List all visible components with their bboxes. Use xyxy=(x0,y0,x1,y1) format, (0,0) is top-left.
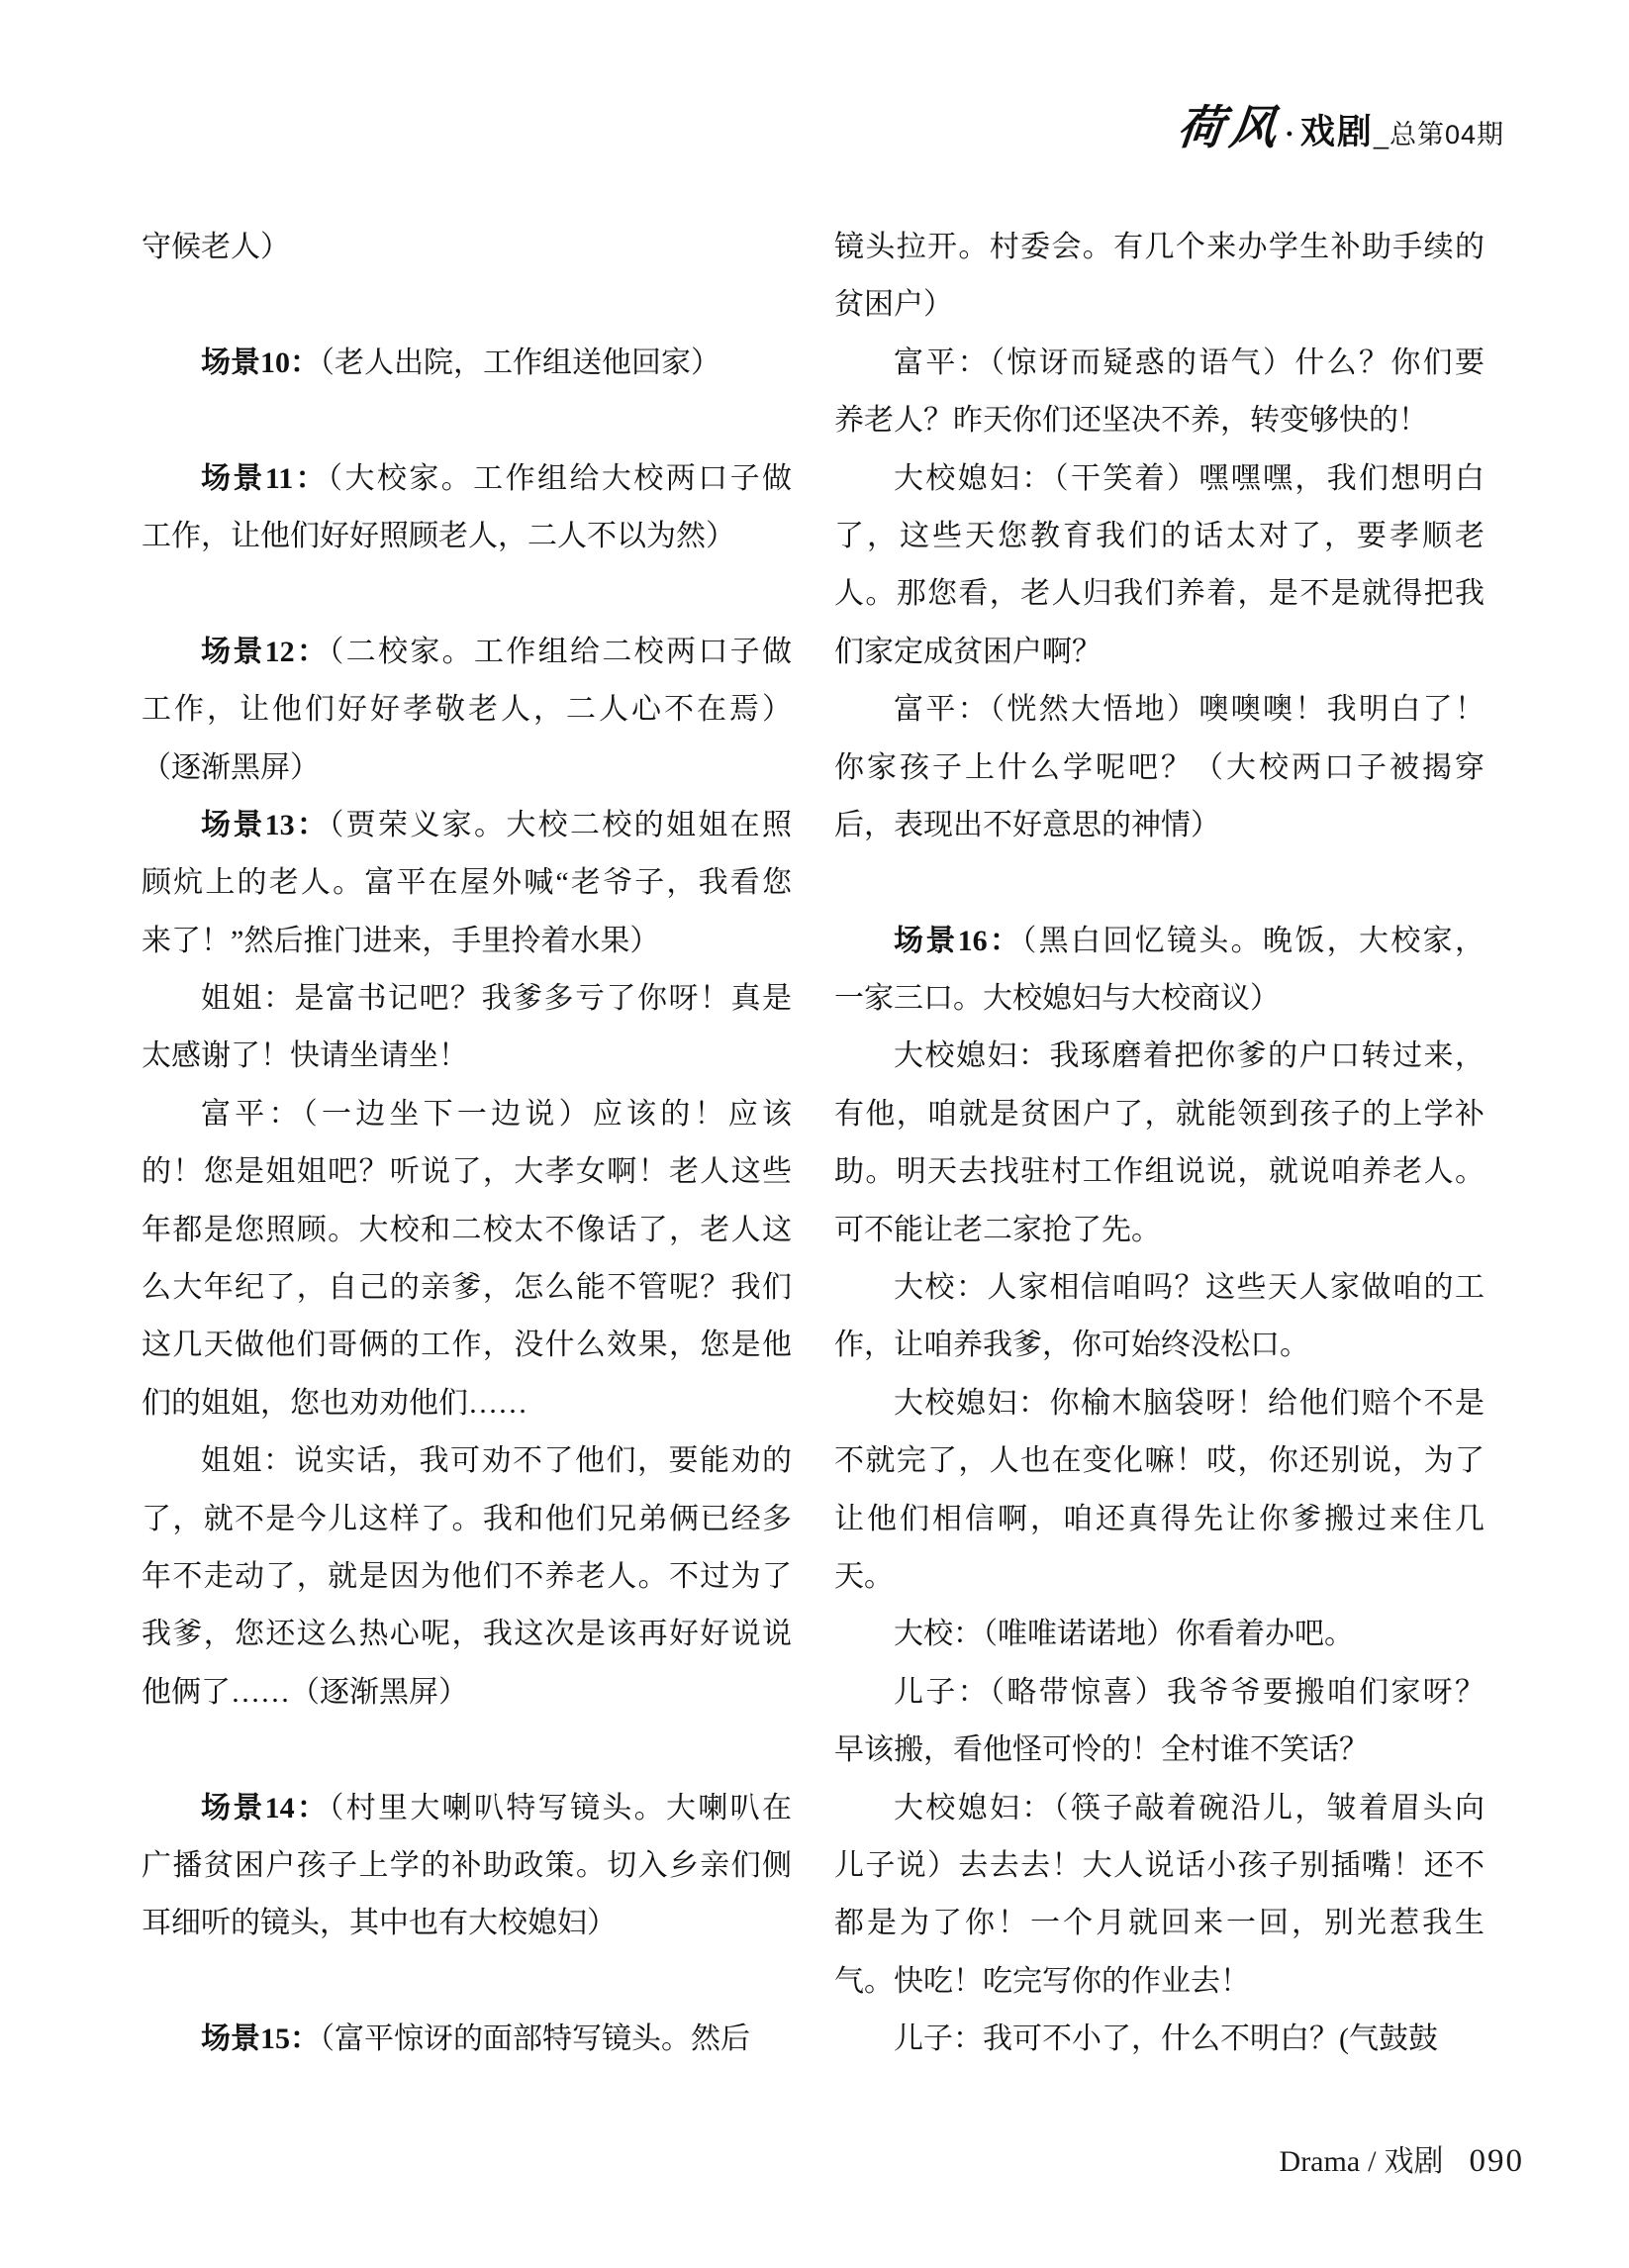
scene-heading-line: 场景11：（大校家。工作组给大校两口子做 xyxy=(142,450,792,508)
scene-label: 场景12： xyxy=(201,636,329,668)
scene-heading-line: 场景10：（老人出院，工作组送他回家） xyxy=(142,335,792,392)
script-line: 年不走动了，就是因为他们不养老人。不过为了 xyxy=(142,1548,792,1606)
script-line: 大校：人家相信咱吗？这些天人家做咱的工 xyxy=(834,1259,1485,1317)
script-line: 大校媳妇：（干笑着）嘿嘿嘿，我们想明白 xyxy=(834,450,1485,508)
blank-line xyxy=(142,565,792,623)
scene-label: 场景11： xyxy=(201,462,328,495)
line-text: 大校媳妇：你榆木脑袋呀！给他们赔个不是 xyxy=(894,1387,1485,1420)
line-text: 养老人？昨天你们还坚决不养，转变够快的！ xyxy=(834,404,1428,437)
script-line: 富平：（一边坐下一边说）应该的！应该 xyxy=(142,1086,792,1143)
script-line: 养老人？昨天你们还坚决不养，转变够快的！ xyxy=(834,392,1485,449)
script-line: 有他，咱就是贫困户了，就能领到孩子的上学补 xyxy=(834,1086,1485,1143)
script-line: 早该搬，看他怪可怜的！全村谁不笑话？ xyxy=(834,1722,1485,1779)
scene-heading-line: 场景14：（村里大喇叭特写镜头。大喇叭在 xyxy=(142,1780,792,1837)
line-text: （贾荣义家。大校二校的姐姐在照 xyxy=(329,809,792,841)
line-text: 守候老人） xyxy=(142,231,290,263)
line-text: 年不走动了，就是因为他们不养老人。不过为了 xyxy=(142,1560,792,1593)
blank-line xyxy=(142,276,792,334)
line-text: 顾炕上的老人。富平在屋外喊“老爷子，我看您 xyxy=(142,866,792,899)
line-text: 我爹，您还这么热心呢，我这次是该再好好说说 xyxy=(142,1618,792,1650)
line-text: （富平惊讶的面部特写镜头。然后 xyxy=(320,2022,750,2055)
script-line: 的！您是姐姐吧？听说了，大孝女啊！老人这些 xyxy=(142,1143,792,1201)
line-text: （黑白回忆镜头。晚饭，大校家， xyxy=(1021,925,1485,957)
script-line: 镜头拉开。村委会。有几个来办学生补助手续的 xyxy=(834,219,1485,276)
line-text: 早该搬，看他怪可怜的！全村谁不笑话？ xyxy=(834,1733,1369,1766)
line-text: 耳细听的镜头，其中也有大校媳妇） xyxy=(142,1907,617,1939)
line-text: 镜头拉开。村委会。有几个来办学生补助手续的 xyxy=(834,231,1485,263)
script-line: 大校媳妇：（筷子敲着碗沿儿，皱着眉头向 xyxy=(834,1780,1485,1837)
script-line: 们家定成贫困户啊？ xyxy=(834,624,1485,681)
masthead-separator-dot: · xyxy=(1285,118,1294,151)
script-line: 了，就不是今儿这样了。我和他们兄弟俩已经多 xyxy=(142,1491,792,1548)
line-text: 姐姐：是富书记吧？我爹多亏了你呀！真是 xyxy=(201,982,792,1015)
script-line: 贫困户） xyxy=(834,276,1485,334)
line-text: 一家三口。大校媳妇与大校商议） xyxy=(834,982,1280,1015)
line-text: 们的姐姐，您也劝劝他们…… xyxy=(142,1387,527,1420)
script-line: 气。快吃！吃完写你的作业去！ xyxy=(834,1953,1485,2011)
line-text: 大校：（唯唯诺诺地）你看着办吧。 xyxy=(894,1618,1354,1650)
masthead-section-title: 戏剧 xyxy=(1300,105,1374,154)
line-text: （老人出院，工作组送他回家） xyxy=(320,346,720,379)
script-line: 作，让咱养我爹，你可始终没松口。 xyxy=(834,1317,1485,1374)
left-column: 守候老人）场景10：（老人出院，工作组送他回家）场景11：（大校家。工作组给大校… xyxy=(142,219,792,2069)
right-column: 镜头拉开。村委会。有几个来办学生补助手续的贫困户）富平：（惊讶而疑惑的语气）什么… xyxy=(834,219,1485,2069)
line-text: 的！您是姐姐吧？听说了，大孝女啊！老人这些 xyxy=(142,1155,792,1188)
line-text: 天。 xyxy=(834,1560,894,1593)
scene-heading-line: 场景12：（二校家。工作组给二校两口子做 xyxy=(142,624,792,681)
line-text: 作，让咱养我爹，你可始终没松口。 xyxy=(834,1329,1309,1361)
line-text: 气。快吃！吃完写你的作业去！ xyxy=(834,1965,1250,1998)
scene-heading-line: 场景16：（黑白回忆镜头。晚饭，大校家， xyxy=(834,913,1485,970)
scene-label: 场景14： xyxy=(201,1792,329,1824)
script-line: 儿子说）去去去！大人说话小孩子别插嘴！还不 xyxy=(834,1837,1485,1895)
line-text: 让他们相信啊，咱还真得先让你爹搬过来住几 xyxy=(834,1503,1485,1535)
line-text: 儿子：（略带惊喜）我爷爷要搬咱们家呀？ xyxy=(894,1676,1485,1709)
script-line: 不就完了，人也在变化嘛！哎，你还别说，为了 xyxy=(834,1432,1485,1490)
line-text: 工作，让他们好好照顾老人，二人不以为然） xyxy=(142,520,735,552)
line-text: 可不能让老二家抢了先。 xyxy=(834,1214,1161,1246)
line-text: 了，就不是今儿这样了。我和他们兄弟俩已经多 xyxy=(142,1503,792,1535)
line-text: 年都是您照顾。大校和二校太不像话了，老人这 xyxy=(142,1214,792,1246)
line-text: （村里大喇叭特写镜头。大喇叭在 xyxy=(329,1792,792,1824)
line-text: 大校媳妇：（筷子敲着碗沿儿，皱着眉头向 xyxy=(894,1792,1485,1824)
blank-line xyxy=(142,1953,792,2011)
script-line: 年都是您照顾。大校和二校太不像话了，老人这 xyxy=(142,1202,792,1259)
script-line: 都是为了你！一个月就回来一回，别光惹我生 xyxy=(834,1895,1485,1952)
line-text: （二校家。工作组给二校两口子做 xyxy=(329,636,792,668)
scene-label: 场景16： xyxy=(894,925,1021,957)
script-line: 大校媳妇：我琢磨着把你爹的户口转过来， xyxy=(834,1028,1485,1085)
script-line: 后，表现出不好意思的神情） xyxy=(834,797,1485,854)
line-text: 富平：（一边坐下一边说）应该的！应该 xyxy=(201,1098,792,1131)
blank-line xyxy=(142,392,792,449)
line-text: 富平：（恍然大悟地）噢噢噢！我明白了！ xyxy=(894,693,1485,726)
script-line: （逐渐黑屏） xyxy=(142,740,792,797)
line-text: 贫困户） xyxy=(834,288,953,321)
magazine-page: 荷风 · 戏剧 _总第04期 守候老人）场景10：（老人出院，工作组送他回家）场… xyxy=(0,0,1629,2268)
line-text: 后，表现出不好意思的神情） xyxy=(834,809,1220,841)
line-text: 你家孩子上什么学呢吧？（大校两口子被揭穿 xyxy=(834,751,1485,784)
blank-line xyxy=(142,1722,792,1779)
script-line: 耳细听的镜头，其中也有大校媳妇） xyxy=(142,1895,792,1952)
script-line: 工作，让他们好好孝敬老人，二人心不在焉） xyxy=(142,681,792,739)
line-text: 他俩了……（逐渐黑屏） xyxy=(142,1676,468,1709)
script-line: 我爹，您还这么热心呢，我这次是该再好好说说 xyxy=(142,1606,792,1663)
line-text: 大校媳妇：（干笑着）嘿嘿嘿，我们想明白 xyxy=(894,462,1485,495)
script-line: 守候老人） xyxy=(142,219,792,276)
line-text: （逐渐黑屏） xyxy=(142,751,320,784)
line-text: 广播贫困户孩子上学的补助政策。切入乡亲们侧 xyxy=(142,1849,792,1882)
script-line: 姐姐：说实话，我可劝不了他们，要能劝的 xyxy=(142,1432,792,1490)
script-line: 一家三口。大校媳妇与大校商议） xyxy=(834,970,1485,1028)
magazine-logo: 荷风 xyxy=(1174,91,1286,157)
script-line: 他俩了……（逐渐黑屏） xyxy=(142,1664,792,1722)
page-footer: Drama / 戏剧 090 xyxy=(1280,2136,1524,2180)
page-header: 荷风 · 戏剧 _总第04期 xyxy=(1178,91,1504,157)
line-text: 大校：人家相信咱吗？这些天人家做咱的工 xyxy=(894,1271,1485,1304)
script-line: 了，这些天您教育我们的话太对了，要孝顺老 xyxy=(834,508,1485,565)
scene-label: 场景10： xyxy=(201,346,320,379)
footer-slash: / xyxy=(1368,2145,1376,2179)
script-line: 来了！”然后推门进来，手里拎着水果） xyxy=(142,913,792,970)
line-text: 儿子说）去去去！大人说话小孩子别插嘴！还不 xyxy=(834,1849,1485,1882)
script-body: 守候老人）场景10：（老人出院，工作组送他回家）场景11：（大校家。工作组给大校… xyxy=(142,219,1485,2069)
script-line: 工作，让他们好好照顾老人，二人不以为然） xyxy=(142,508,792,565)
footer-section-en: Drama xyxy=(1280,2145,1361,2179)
line-text: 么大年纪了，自己的亲爹，怎么能不管呢？我们 xyxy=(142,1271,792,1304)
script-line: 你家孩子上什么学呢吧？（大校两口子被揭穿 xyxy=(834,740,1485,797)
page-number: 090 xyxy=(1470,2143,1525,2180)
script-line: 太感谢了！快请坐请坐！ xyxy=(142,1028,792,1085)
script-line: 顾炕上的老人。富平在屋外喊“老爷子，我看您 xyxy=(142,854,792,912)
line-text: 有他，咱就是贫困户了，就能领到孩子的上学补 xyxy=(834,1098,1485,1131)
line-text: 不就完了，人也在变化嘛！哎，你还别说，为了 xyxy=(834,1444,1485,1477)
footer-section-zh: 戏剧 xyxy=(1385,2136,1444,2180)
masthead-issue-number: _总第04期 xyxy=(1374,113,1504,151)
script-line: 这几天做他们哥俩的工作，没什么效果，您是他 xyxy=(142,1317,792,1374)
script-line: 富平：（恍然大悟地）噢噢噢！我明白了！ xyxy=(834,681,1485,739)
scene-heading-line: 场景15：（富平惊讶的面部特写镜头。然后 xyxy=(142,2011,792,2068)
line-text: 来了！”然后推门进来，手里拎着水果） xyxy=(142,925,659,957)
line-text: 都是为了你！一个月就回来一回，别光惹我生 xyxy=(834,1907,1485,1939)
line-text: 儿子：我可不小了，什么不明白？(气鼓鼓 xyxy=(894,2022,1438,2055)
script-line: 广播贫困户孩子上学的补助政策。切入乡亲们侧 xyxy=(142,1837,792,1895)
script-line: 人。那您看，老人归我们养着，是不是就得把我 xyxy=(834,565,1485,623)
script-line: 让他们相信啊，咱还真得先让你爹搬过来住几 xyxy=(834,1491,1485,1548)
script-line: 么大年纪了，自己的亲爹，怎么能不管呢？我们 xyxy=(142,1259,792,1317)
line-text: 这几天做他们哥俩的工作，没什么效果，您是他 xyxy=(142,1329,792,1361)
line-text: 姐姐：说实话，我可劝不了他们，要能劝的 xyxy=(201,1444,792,1477)
line-text: 工作，让他们好好孝敬老人，二人心不在焉） xyxy=(142,693,792,726)
script-line: 姐姐：是富书记吧？我爹多亏了你呀！真是 xyxy=(142,970,792,1028)
scene-label: 场景15： xyxy=(201,2022,320,2055)
script-line: 儿子：我可不小了，什么不明白？(气鼓鼓 xyxy=(834,2011,1485,2068)
line-text: （大校家。工作组给大校两口子做 xyxy=(328,462,792,495)
script-line: 大校媳妇：你榆木脑袋呀！给他们赔个不是 xyxy=(834,1375,1485,1432)
line-text: 了，这些天您教育我们的话太对了，要孝顺老 xyxy=(834,520,1485,552)
line-text: 助。明天去找驻村工作组说说，就说咱养老人。 xyxy=(834,1155,1485,1188)
line-text: 大校媳妇：我琢磨着把你爹的户口转过来， xyxy=(894,1039,1485,1072)
line-text: 人。那您看，老人归我们养着，是不是就得把我 xyxy=(834,577,1485,610)
line-text: 太感谢了！快请坐请坐！ xyxy=(142,1039,468,1072)
script-line: 儿子：（略带惊喜）我爷爷要搬咱们家呀？ xyxy=(834,1664,1485,1722)
script-line: 们的姐姐，您也劝劝他们…… xyxy=(142,1375,792,1432)
line-text: 们家定成贫困户啊？ xyxy=(834,636,1102,668)
script-line: 富平：（惊讶而疑惑的语气）什么？你们要 xyxy=(834,335,1485,392)
script-line: 天。 xyxy=(834,1548,1485,1606)
scene-heading-line: 场景13：（贾荣义家。大校二校的姐姐在照 xyxy=(142,797,792,854)
line-text: 富平：（惊讶而疑惑的语气）什么？你们要 xyxy=(894,346,1485,379)
script-line: 助。明天去找驻村工作组说说，就说咱养老人。 xyxy=(834,1143,1485,1201)
scene-label: 场景13： xyxy=(201,809,329,841)
blank-line xyxy=(834,854,1485,912)
script-line: 可不能让老二家抢了先。 xyxy=(834,1202,1485,1259)
script-line: 大校：（唯唯诺诺地）你看着办吧。 xyxy=(834,1606,1485,1663)
